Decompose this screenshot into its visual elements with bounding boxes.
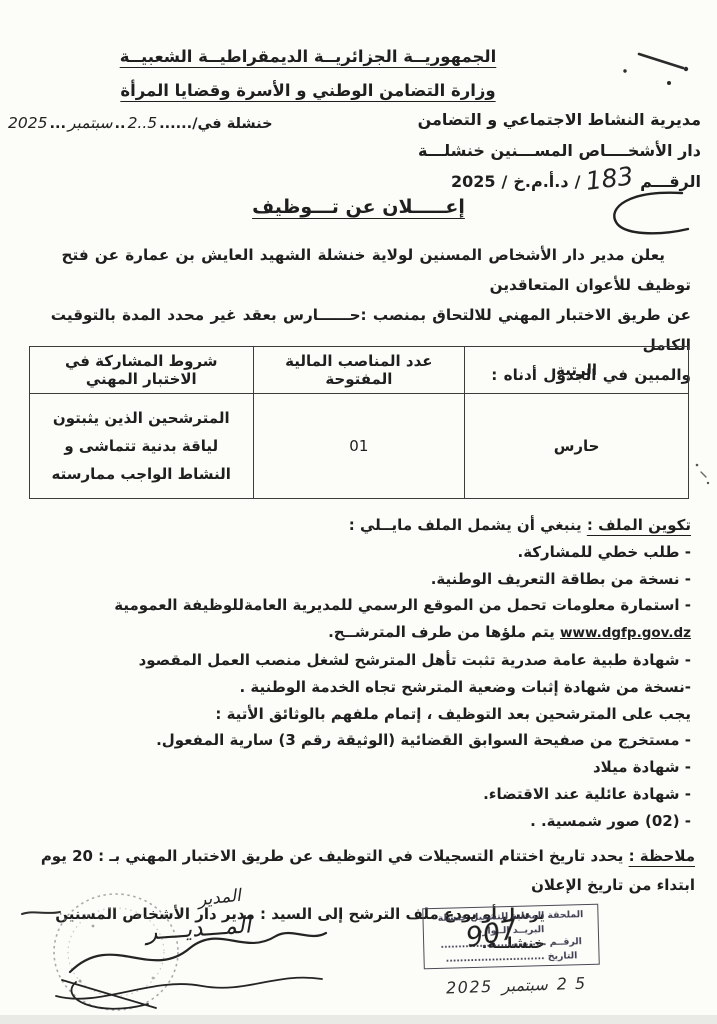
file-heading-rest: ينبغي أن يشمل الملف مايــلي :	[349, 516, 587, 534]
list-item: - شهادة ميلاد	[26, 754, 691, 781]
date-stamp-year: 2025	[446, 977, 493, 998]
signature-stroke-3	[62, 980, 156, 1009]
ref-sep1: /	[575, 166, 581, 197]
cell-rank: حارس	[465, 394, 689, 499]
date-year-handwritten: 2025	[8, 114, 47, 132]
ref-sep2: /	[502, 166, 508, 197]
date-dots-b: ...	[49, 116, 66, 132]
stray-pen-speck	[693, 460, 713, 488]
ministry-line: وزارة التضامن الوطني و الأسرة وقضايا الم…	[58, 74, 558, 108]
list-item: يجب على المترشحين بعد التوظيف ، إتمام مل…	[26, 701, 691, 728]
list-item: - (02) صور شمسية. .	[26, 808, 691, 835]
date-printed: خنشلة في/......	[159, 116, 272, 132]
issuer-block: مديرية النشاط الاجتماعي و التضامن دار ال…	[418, 104, 701, 197]
directorate-line: مديرية النشاط الاجتماعي و التضامن	[418, 104, 701, 135]
pen-mark-left	[22, 912, 60, 914]
item3-after: يتم ملؤها من طرف المترشــح.	[328, 623, 560, 641]
vacancies-table: الرتبة عدد المناصب المالية المفتوحة شروط…	[29, 346, 689, 499]
date-dots-a: ..	[115, 116, 126, 132]
signature-area: المدير المـــديــــر	[18, 886, 348, 1021]
cell-conditions: المترشحين الذين يثبتون لياقة بدنية تتماش…	[30, 394, 254, 499]
list-item: -نسخة من شهادة إثبات وضعية المترشح تجاه …	[26, 674, 691, 701]
list-item: - نسخة من بطاقة التعريف الوطنية.	[26, 566, 691, 593]
table-header-row: الرتبة عدد المناصب المالية المفتوحة شروط…	[30, 347, 689, 394]
file-heading: تكوين الملف : ينبغي أن يشمل الملف مايــل…	[26, 512, 691, 539]
list-item: - استمارة معلومات تحمل من الموقع الرسمي …	[26, 592, 691, 647]
file-heading-label: تكوين الملف :	[587, 516, 691, 534]
scanned-document-page: الجمهوريــة الجزائريــة الديمقراطيــة ال…	[0, 0, 717, 1024]
ref-year: 2025	[451, 166, 496, 197]
list-item: - مستخرج من صفيحة السوابق القضائية (الوث…	[26, 727, 691, 754]
scan-edge-shadow	[0, 1015, 717, 1024]
stamp-number-handwritten: 907	[465, 923, 518, 946]
header-conditions: شروط المشاركة في الاختبار المهني	[30, 347, 254, 394]
signature-stamp-graphic	[18, 886, 348, 1021]
item3-before: - استمارة معلومات تحمل من الموقع الرسمي …	[114, 596, 691, 614]
republic-line: الجمهوريــة الجزائريــة الديمقراطيــة ال…	[58, 40, 558, 74]
cell-positions: 01	[253, 394, 465, 499]
table-row: حارس 01 المترشحين الذين يثبتون لياقة بدن…	[30, 394, 689, 499]
date-day-handwritten: 2..5	[128, 114, 158, 132]
date-stamp-day: 2 5	[556, 974, 587, 994]
header-positions: عدد المناصب المالية المفتوحة	[253, 347, 465, 394]
document-header: الجمهوريــة الجزائريــة الديمقراطيــة ال…	[58, 40, 558, 108]
establishment-line: دار الأشخــــاص المســـنين خنشلـــة	[418, 135, 701, 166]
intro-line1: يعلن مدير دار الأشخاص المسنين لولاية خنش…	[26, 240, 691, 300]
signature-stroke-2	[56, 978, 322, 999]
list-item: - طلب خطي للمشاركة.	[26, 539, 691, 566]
file-requirements-section: تكوين الملف : ينبغي أن يشمل الملف مايــل…	[26, 512, 691, 835]
announcement-title: إعـــــلان عن تـــوظيف	[0, 196, 717, 218]
dgfp-website-url: www.dgfp.gov.dz	[560, 625, 691, 641]
ref-code: د.أ.م.خ	[513, 166, 568, 197]
note-label: ملاحظة :	[629, 847, 695, 865]
list-item: - شهادة عائلية عند الاقتضاء.	[26, 781, 691, 808]
place-date-line: خنشلة في/...... 2..5 .. سبتمبر ... 2025	[8, 114, 273, 132]
intro-line2-prefix: عن طريق الاختبار المهني للالتحاق بمنصب :	[361, 306, 691, 324]
date-stamp: 2 5 سبتمبر 2025	[446, 974, 587, 998]
header-rank: الرتبة	[465, 347, 689, 394]
date-month-handwritten: سبتمبر	[68, 114, 113, 132]
list-item: - شهادة طبية عامة صدرية تثبت تأهل المترش…	[26, 647, 691, 674]
registry-stamp-box: الملحقة المحلية للتشغيل خنشلة البريــد ا…	[422, 904, 600, 970]
date-stamp-month: سبتمبر	[501, 975, 548, 996]
